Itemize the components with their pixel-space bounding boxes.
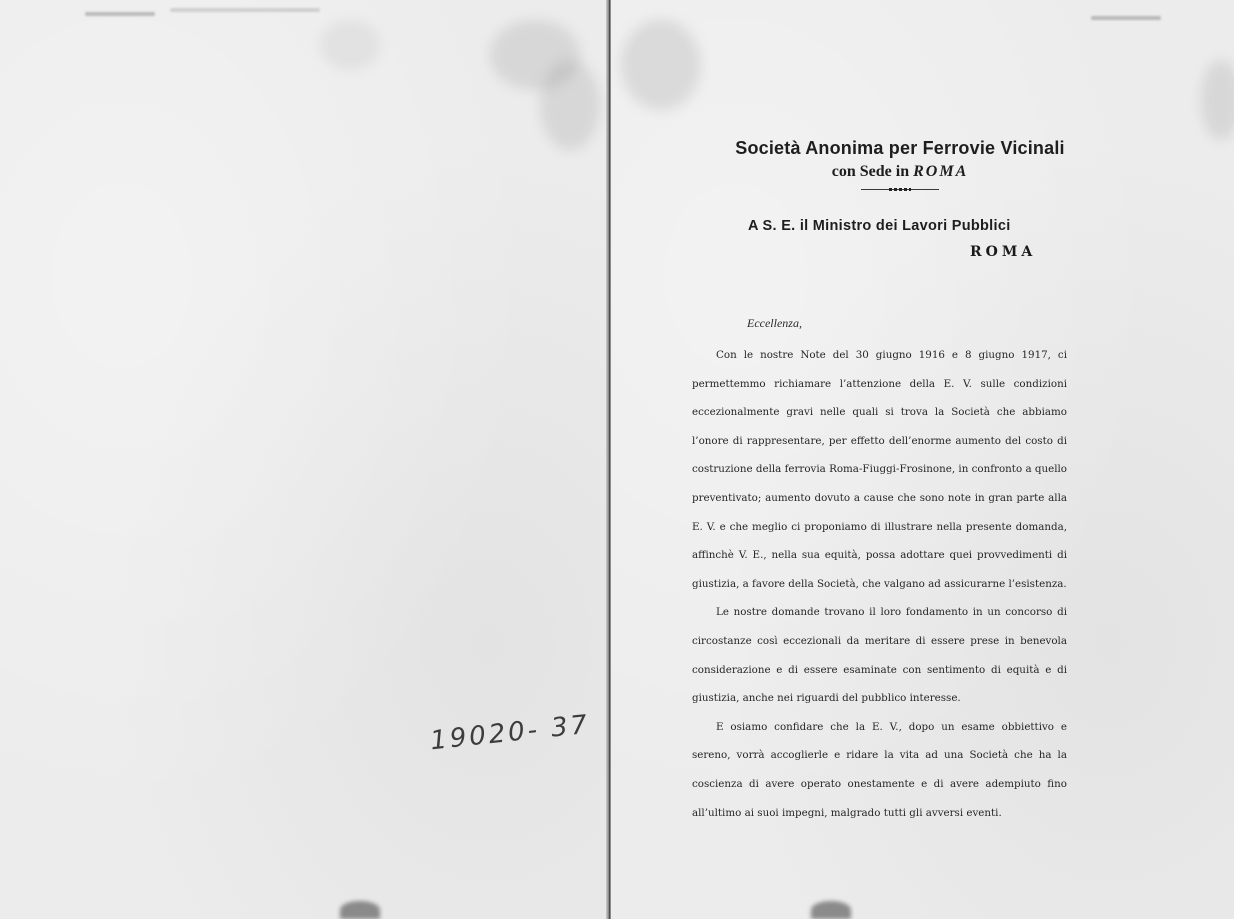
ornamental-divider xyxy=(861,189,939,190)
paper-stain xyxy=(85,12,155,16)
archive-annotation: 19020- 37 xyxy=(429,710,592,757)
seat-city: ROMA xyxy=(913,163,968,180)
salutation: Eccellenza, xyxy=(747,316,802,331)
company-seat: con Sede in ROMA xyxy=(700,163,1100,181)
addressee-city: ROMA xyxy=(970,244,1036,260)
company-name: Società Anonima per Ferrovie Vicinali xyxy=(700,138,1100,159)
letterhead: Società Anonima per Ferrovie Vicinali co… xyxy=(700,138,1100,190)
paper-stain xyxy=(320,20,380,70)
paper-stain xyxy=(811,901,851,919)
paper-stain xyxy=(540,60,600,150)
paper-stain xyxy=(621,20,701,110)
paper-stain xyxy=(1091,16,1161,20)
left-page: 19020- 37 xyxy=(0,0,610,919)
addressee-line: A S. E. il Ministro dei Lavori Pubblici xyxy=(748,218,1011,234)
paper-stain xyxy=(170,8,320,12)
paper-stain xyxy=(340,901,380,919)
paper-stain xyxy=(1201,60,1234,140)
letter-body: Con le nostre Note del 30 giugno 1916 e … xyxy=(692,341,1067,827)
seat-prefix: con Sede in xyxy=(832,163,909,180)
scanned-document-spread: 19020- 37 Società Anonima per Ferrovie V… xyxy=(0,0,1234,919)
paragraph: E osiamo confidare che la E. V., dopo un… xyxy=(692,713,1067,827)
paragraph: Con le nostre Note del 30 giugno 1916 e … xyxy=(692,341,1067,598)
paragraph: Le nostre domande trovano il loro fondam… xyxy=(692,598,1067,712)
